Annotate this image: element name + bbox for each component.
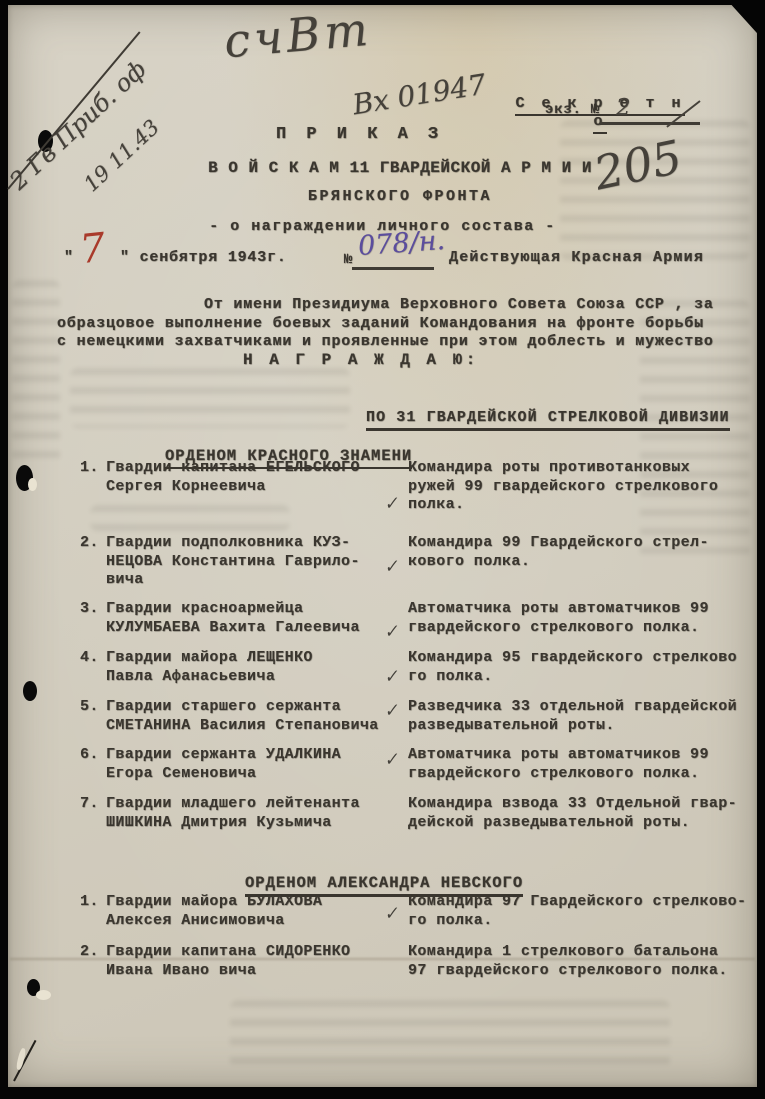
award-entry: 3. Гвардии красноармейца КУЛУМБАЕВА Вахи…	[80, 600, 756, 637]
entry-number: 6.	[80, 746, 106, 783]
entry-position: Автоматчика роты автоматчиков 99 гвардей…	[408, 746, 756, 783]
entry-number: 4.	[80, 649, 106, 686]
day-number: 7	[78, 225, 108, 273]
entry-position: Разведчика 33 отдельной гвардейской разв…	[408, 698, 756, 735]
entry-number: 2.	[80, 943, 106, 980]
date-open-quote: "	[64, 249, 74, 268]
section-title-nevsky: ОРДЕНОМ АЛЕКСАНДРА НЕВСКОГО	[245, 855, 523, 892]
order-number-value: 078/н.	[357, 225, 446, 262]
entry-name: Гвардии младшего лейтенанта ШИШКИНА Дмит…	[106, 795, 398, 832]
checkmark-icon: ✓	[383, 701, 400, 721]
entry-position: Командира 1 стрелкового батальона 97 гва…	[408, 943, 756, 980]
division-header-text: ПО 31 ГВАРДЕЙСКОЙ СТРЕЛКОВОЙ ДИВИЗИИ	[366, 409, 730, 431]
checkmark-icon: ✓	[383, 750, 400, 770]
division-header: ПО 31 ГВАРДЕЙСКОЙ СТРЕЛКОВОЙ ДИВИЗИИ	[366, 390, 730, 427]
entry-name: Гвардии сержанта УДАЛКИНА Егора Семенови…	[106, 746, 398, 783]
addressee-line1: В О Й С К А М 11 ГВАРДЕЙСКОЙ А Р М И И	[45, 159, 755, 178]
document-scan: 2 Гв Приб. оф 19 11.43 счВт Вх 01947 С е…	[0, 0, 765, 1099]
checkmark-icon: ✓	[383, 667, 400, 687]
location-text: Действующая Красная Армия	[449, 249, 704, 268]
entry-position: Командира 97 Гвардейского стрелково- го …	[408, 893, 756, 930]
entry-number: 3.	[80, 600, 106, 637]
entry-name: Гвардии капитана СИДОРЕНКО Ивана Ивано в…	[106, 943, 398, 980]
checkmark-icon: ✓	[383, 557, 400, 577]
copy-number-value: 2	[616, 95, 631, 121]
entry-number: 2.	[80, 534, 106, 590]
preamble: От имени Президиума Верховного Совета Со…	[57, 296, 753, 352]
entry-name: Гвардии майора БУЛАХОВА Алексея Анисимов…	[106, 893, 398, 930]
entry-number: 1.	[80, 459, 106, 515]
award-entry: 1. Гвардии майора БУЛАХОВА Алексея Аниси…	[80, 893, 756, 930]
award-entry: 1. Гвардии капитана ЕГЕЛЬСКОГО Сергея Ко…	[80, 459, 756, 515]
copy-number-underline	[600, 122, 700, 125]
award-entry: 4. Гвардии майора ЛЕЩЕНКО Павла Афанасье…	[80, 649, 756, 686]
entry-name: Гвардии майора ЛЕЩЕНКО Павла Афанасьевич…	[106, 649, 398, 686]
award-entry: 5. Гвардии старшего сержанта СМЕТАНИНА В…	[80, 698, 756, 735]
entry-position: Командира взвода 33 Отдельной гвар- дейс…	[408, 795, 756, 832]
paper-chip	[28, 478, 37, 491]
award-entry: 2. Гвардии подполковника КУЗ- НЕЦОВА Кон…	[80, 534, 756, 590]
addressee-line2: БРЯНСКОГО ФРОНТА	[45, 188, 755, 207]
order-number-underline	[352, 267, 434, 270]
entry-number: 7.	[80, 795, 106, 832]
entry-position: Командира 99 Гвардейского стрел- кового …	[408, 534, 756, 590]
date-text: " сенбятря 1943г.	[120, 249, 287, 268]
entry-name: Гвардии капитана ЕГЕЛЬСКОГО Сергея Корне…	[106, 459, 398, 515]
checkmark-icon: ✓	[383, 904, 400, 924]
entry-name: Гвардии подполковника КУЗ- НЕЦОВА Конста…	[106, 534, 398, 590]
entry-position: Командира 95 гвардейского стрелково го п…	[408, 649, 756, 686]
ghost-text	[230, 1000, 670, 1068]
entry-number: 1.	[80, 893, 106, 930]
ghost-text	[12, 280, 60, 470]
award-entry: 2. Гвардии капитана СИДОРЕНКО Ивана Иван…	[80, 943, 756, 980]
copy-number-label: экз. №	[545, 101, 600, 120]
paper-chip	[36, 990, 51, 1000]
order-title: П Р И К А З	[276, 126, 443, 145]
hole-punch	[23, 681, 37, 701]
entry-position: Командира роты противотанковых ружей 99 …	[408, 459, 756, 515]
checkmark-icon: ✓	[383, 622, 400, 642]
entry-number: 5.	[80, 698, 106, 735]
entry-name: Гвардии старшего сержанта СМЕТАНИНА Васи…	[106, 698, 398, 735]
award-entry: 6. Гвардии сержанта УДАЛКИНА Егора Семен…	[80, 746, 756, 783]
entry-name: Гвардии красноармейца КУЛУМБАЕВА Вахита …	[106, 600, 398, 637]
award-entry: 7. Гвардии младшего лейтенанта ШИШКИНА Д…	[80, 795, 756, 832]
entry-position: Автоматчика роты автоматчиков 99 гвардей…	[408, 600, 756, 637]
award-declaration: Н А Г Р А Ж Д А Ю:	[243, 351, 479, 370]
ghost-text	[70, 368, 350, 428]
checkmark-icon: ✓	[383, 494, 400, 514]
